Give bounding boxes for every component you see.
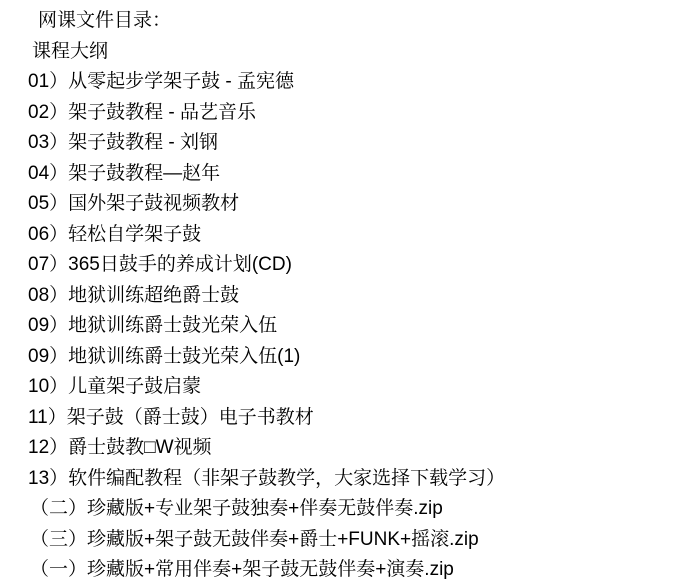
- toc-item-09b: 09）地狱训练爵士鼓光荣入伍(1): [0, 342, 700, 373]
- toc-item-06: 06）轻松自学架子鼓: [0, 220, 700, 251]
- zip-item-2: （二）珍藏版+专业架子鼓独奏+伴奏无鼓伴奏.zip: [0, 494, 700, 525]
- zip-item-1: （一）珍藏版+常用伴奏+架子鼓无鼓伴奏+演奏.zip: [0, 555, 700, 586]
- toc-item-07: 07）365日鼓手的养成计划(CD): [0, 250, 700, 281]
- toc-item-03: 03）架子鼓教程 - 刘钢: [0, 128, 700, 159]
- zip-item-3: （三）珍藏版+架子鼓无鼓伴奏+爵士+FUNK+摇滚.zip: [0, 525, 700, 556]
- toc-item-01: 01）从零起步学架子鼓 - 孟宪德: [0, 67, 700, 98]
- toc-item-02: 02）架子鼓教程 - 品艺音乐: [0, 98, 700, 129]
- document-page: 网课文件目录： 课程大纲 01）从零起步学架子鼓 - 孟宪德 02）架子鼓教程 …: [0, 0, 700, 586]
- doc-title: 网课文件目录：: [0, 6, 700, 37]
- toc-item-13: 13）软件编配教程（非架子鼓教学，大家选择下载学习）: [0, 464, 700, 495]
- toc-item-09: 09）地狱训练爵士鼓光荣入伍: [0, 311, 700, 342]
- toc-item-12: 12）爵士鼓教□W视频: [0, 433, 700, 464]
- toc-item-11: 11）架子鼓（爵士鼓）电子书教材: [0, 403, 700, 434]
- doc-subtitle: 课程大纲: [0, 37, 700, 68]
- toc-item-04: 04）架子鼓教程—赵年: [0, 159, 700, 190]
- toc-item-08: 08）地狱训练超绝爵士鼓: [0, 281, 700, 312]
- toc-item-05: 05）国外架子鼓视频教材: [0, 189, 700, 220]
- toc-item-10: 10）儿童架子鼓启蒙: [0, 372, 700, 403]
